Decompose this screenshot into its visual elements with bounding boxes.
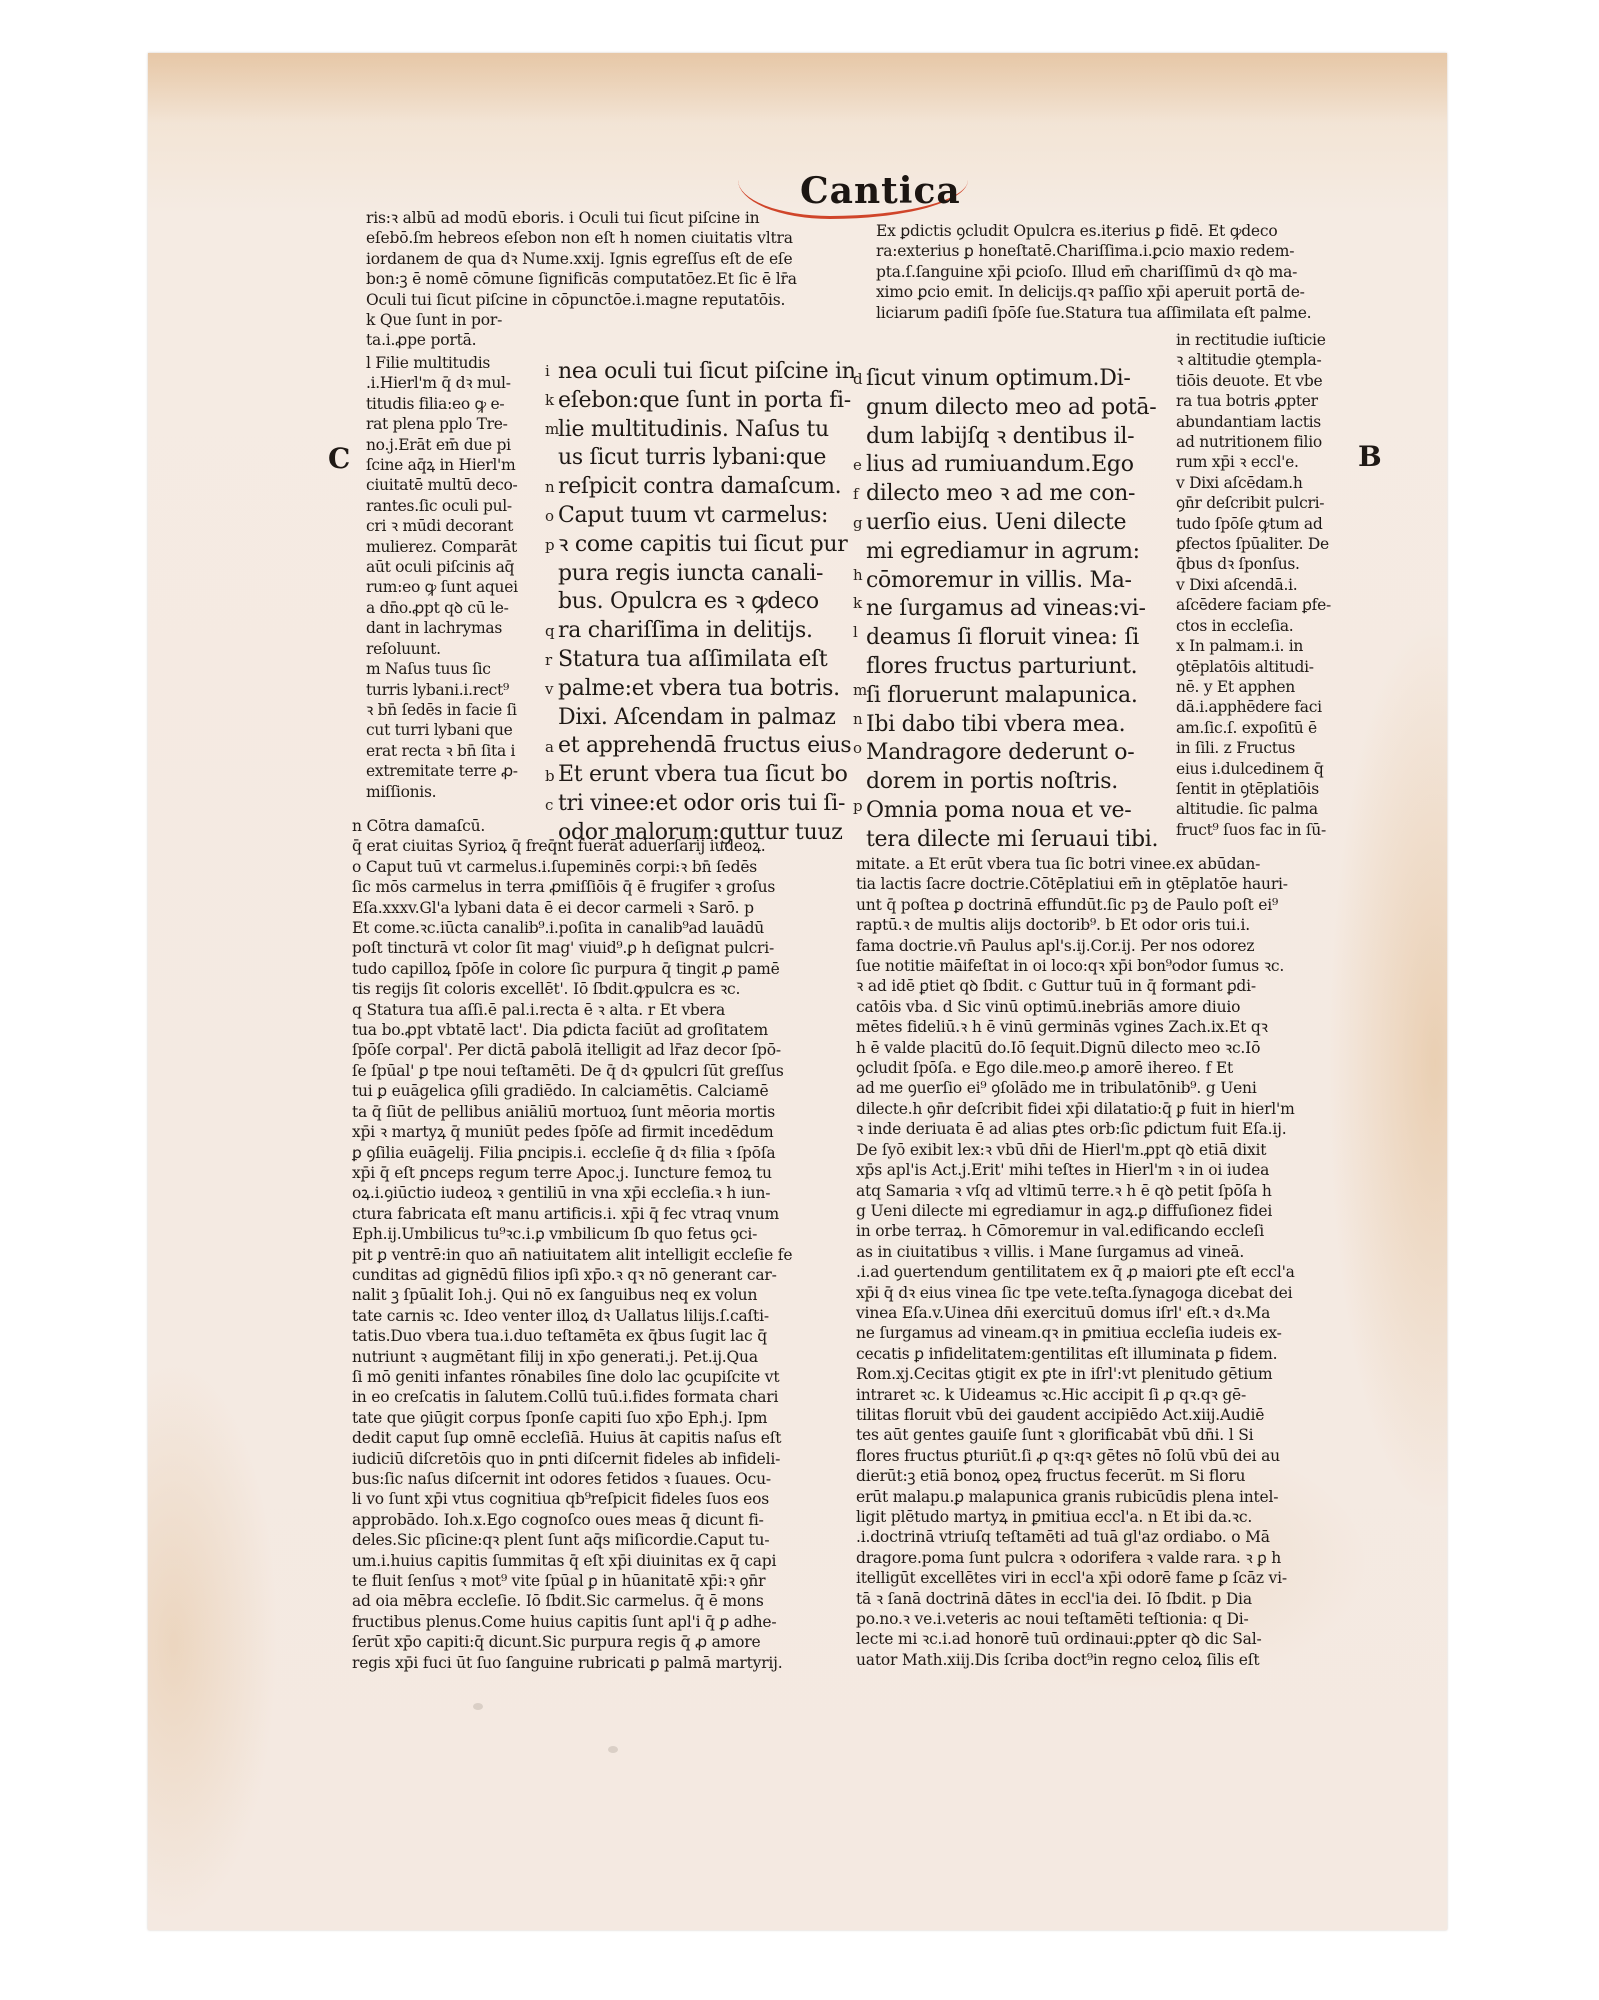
gloss-line: tate carnis ꝛc. Ideo venter illoꝝ dꝛ Ual…	[352, 1306, 842, 1326]
gloss-line: flores fructus ꝑturiūt.ſi ꝓ qꝛ:qꝛ gētes …	[856, 1446, 1346, 1466]
bottom-gloss-right: mitate. a Et erūt vbera tua ſic botri vi…	[856, 854, 1346, 1670]
gloss-line: mētes fideliū.ꝛ h ē vinū germinās vgines…	[856, 1017, 1346, 1037]
gloss-marker: b	[545, 767, 555, 785]
gloss-line: lecte mi ꝛc.i.ad honorē tuū ordinaui:ꝓpt…	[856, 1629, 1346, 1649]
gloss-line: te fluit ſenſus ꝛ mot⁹ vite ſpūal ꝑ in h…	[352, 1571, 842, 1591]
gloss-line: erat recta ꝛ bn̄ ſita i	[366, 741, 536, 761]
scripture-line: flores fructus parturiunt.	[866, 653, 1166, 682]
gloss-line: ꝑ ꝯſilia euāgelij. Filia ꝑncipis.i. eccl…	[352, 1143, 842, 1163]
gloss-line: in eo creſcatis in ſalutem.Collū tuū.i.f…	[352, 1387, 842, 1407]
scripture-line: palme:et vbera tua botris.	[558, 675, 858, 704]
gloss-line: po.no.ꝛ ve.i.veteris ac noui teſtamēti t…	[856, 1609, 1346, 1629]
left-gloss-column: l Filie multitudis .i.Hierl'm q̄ dꝛ mul-…	[366, 353, 536, 802]
gloss-line: in ſili. z Fructus	[1176, 738, 1351, 758]
gloss-line: itelligūt excellētes viri in eccl'a xp̄i…	[856, 1568, 1346, 1588]
gloss-line: ꝛ bn̄ ſedēs in facie ſi	[366, 700, 536, 720]
gloss-line: mulierez. Comparāt	[366, 537, 536, 557]
gloss-line: cunditas ad gignēdū filios ipſi xp̄o.ꝛ q…	[352, 1265, 842, 1285]
scripture-line: Caput tuum vt carmelus:	[558, 502, 858, 531]
gloss-line: unt q̄ poſtea ꝑ doctrinā effundūt.ſic pꝫ…	[856, 895, 1346, 915]
gloss-line: um.i.huius capitis ſummitas q̄ eſt xp̄i …	[352, 1551, 842, 1571]
gloss-line: iordanem de qua dꝛ Nume.xxij. Ignis egre…	[366, 249, 846, 269]
gloss-line: bon:ꝫ ē nomē cōmune ſignificās computatō…	[366, 269, 846, 289]
gloss-line: dā.i.apphēdere faci	[1176, 697, 1351, 717]
scripture-line: dorem in portis noſtris.	[866, 768, 1166, 797]
gloss-marker: k	[853, 594, 862, 612]
gloss-line: in rectitudie iuſticie	[1176, 330, 1351, 350]
gloss-line: ris:ꝛ albū ad modū eboris. i Oculi tui ſ…	[366, 208, 846, 228]
gloss-line: deles.Sic pſicine:qꝛ plent ſunt aq̄s miſ…	[352, 1530, 842, 1550]
gloss-line: mitate. a Et erūt vbera tua ſic botri vi…	[856, 854, 1346, 874]
gloss-line: cut turri lybani que	[366, 720, 536, 740]
scripture-line: us ſicut turris lybani:que	[558, 444, 858, 473]
gloss-line: tudo ſpōſe ꝙtum ad	[1176, 514, 1351, 534]
gloss-line: xp̄i ꝛ martyꝝ q̄ muniūt pedes ſpōſe ad f…	[352, 1122, 842, 1142]
gloss-line: v Dixi aſcēdam.h	[1176, 473, 1351, 493]
scripture-line: cōmoremur in villis. Ma-	[866, 567, 1166, 596]
gloss-line: q̄bus dꝛ ſponſus.	[1176, 554, 1351, 574]
gloss-marker: a	[545, 738, 554, 756]
gloss-marker: i	[545, 362, 550, 380]
gloss-line: in orbe terraꝝ. h Cōmoremur in val.edifi…	[856, 1221, 1346, 1241]
gloss-line: ſue notitie māifeſtat in oi loco:qꝛ xp̄i…	[856, 956, 1346, 976]
gloss-line: ta.i.ꝓpe portā.	[366, 330, 846, 350]
gloss-line: ra tua botris ꝓpter	[1176, 391, 1351, 411]
bottom-gloss-left: n Cōtra damaſcū. q̄ erat ciuitas Syrioꝝ …	[352, 816, 842, 1673]
gloss-marker: l	[853, 623, 858, 641]
gloss-line: aſcēdere faciam ꝑfe-	[1176, 595, 1351, 615]
paper-blemish	[608, 1746, 618, 1753]
gloss-marker: o	[545, 507, 554, 525]
scripture-line: pura regis iuncta canali-	[558, 560, 858, 589]
gloss-line: tatis.Duo vbera tua.i.duo teſtamēta ex q…	[352, 1326, 842, 1346]
gloss-line: nutriunt ꝛ augmētant filij in xp̄o gener…	[352, 1347, 842, 1367]
gloss-line: ſcine aq̄ꝝ in Hierl'm	[366, 455, 536, 475]
scripture-line: Statura tua aſſimilata eſt	[558, 646, 858, 675]
scripture-line: ſi floruerunt malapunica.	[866, 682, 1166, 711]
gloss-line: Eph.ij.Umbilicus tu⁹ꝛc.i.ꝑ vmbilicum ſb …	[352, 1224, 842, 1244]
gloss-line: k Que ſunt in por-	[366, 310, 846, 330]
gloss-line: pta.ſ.ſanguine xp̄i ꝑcioſo. Illud em̄ ch…	[876, 262, 1356, 282]
gloss-line: am.ſic.ſ. expoſitū ē	[1176, 718, 1351, 738]
gloss-line: nē. y Et apphen	[1176, 677, 1351, 697]
gloss-line: rat plena pplo Tre-	[366, 414, 536, 434]
gloss-line: ꝯtēplatōis altitudi-	[1176, 657, 1351, 677]
gloss-line: tiōis deuote. Et vbe	[1176, 371, 1351, 391]
water-stain-left	[148, 1363, 278, 1923]
scripture-line: nea oculi tui ſicut piſcine in	[558, 358, 858, 387]
paper-blemish	[473, 1703, 483, 1710]
gloss-marker: m	[853, 681, 867, 699]
gloss-line: ctura fabricata eſt manu artificis.i. xp…	[352, 1204, 842, 1224]
gloss-line: Oculi tui ſicut piſcine in cōpunctōe.i.m…	[366, 290, 846, 310]
gloss-line: ne ſurgamus ad vineam.qꝛ in ꝑmitiua eccl…	[856, 1323, 1346, 1343]
gloss-line: intraret ꝛc. k Uideamus ꝛc.Hic accipit ſ…	[856, 1385, 1346, 1405]
gloss-line: regis xp̄i fuci ūt ſuo ſanguine rubricat…	[352, 1653, 842, 1673]
scripture-line: Mandragore dederunt o-	[866, 739, 1166, 768]
gloss-line: dant in lachrymas	[366, 618, 536, 638]
gloss-marker: h	[853, 566, 863, 584]
gloss-line: ad oia mēbra eccleſie. Iō ſbdit.Sic carm…	[352, 1591, 842, 1611]
gloss-marker: c	[545, 796, 553, 814]
gloss-line: fructibus plenus.Come huius capitis ſunt…	[352, 1612, 842, 1632]
gloss-line: tua bo.ꝓpt vbtatē lact'. Dia ꝑdicta faci…	[352, 1020, 842, 1040]
gloss-line: aūt oculi piſcinis aq̄	[366, 557, 536, 577]
scripture-line: ꝛ come capitis tui ſicut pur	[558, 531, 858, 560]
gloss-line: .i.Hierl'm q̄ dꝛ mul-	[366, 373, 536, 393]
gloss-line: miſſionis.	[366, 782, 536, 802]
gloss-line: .i.doctrinā vtriuſq teſtamēti ad tuā gl'…	[856, 1527, 1346, 1547]
gloss-marker: k	[545, 391, 554, 409]
top-gloss-left: ris:ꝛ albū ad modū eboris. i Oculi tui ſ…	[366, 208, 846, 351]
scripture-line: lius ad rumiuandum.Ego	[866, 451, 1166, 480]
gloss-line: tā ꝛ ſanā doctrinā dātes in eccl'ia dei.…	[856, 1589, 1346, 1609]
gloss-line: h ē valde placitū do.Iō ſequit.Dignū dil…	[856, 1038, 1346, 1058]
gloss-line: ſi mō geniti infantes rōnabiles ſine dol…	[352, 1367, 842, 1387]
right-gloss-column: in rectitudie iuſticie ꝛ altitudie ꝯtemp…	[1176, 330, 1351, 840]
gloss-line: l Filie multitudis	[366, 353, 536, 373]
gloss-line: rantes.ſic oculi pul-	[366, 496, 536, 516]
gloss-line: tia lactis ſacre doctrie.Cōtēplatiui em̄…	[856, 874, 1346, 894]
gloss-marker: p	[545, 536, 555, 554]
gloss-line: extremitate terre ꝓ-	[366, 761, 536, 781]
gloss-line: q̄ erat ciuitas Syrioꝝ q̄ freq̄nt fuerāt…	[352, 836, 842, 856]
gloss-marker: g	[853, 514, 863, 532]
gloss-line: Eſa.xxxv.Gl'a lybani data ē ei decor car…	[352, 898, 842, 918]
gloss-line: ꝑfectos ſpūaliter. De	[1176, 534, 1351, 554]
gloss-line: uator Math.xiij.Dis ſcriba doct⁹in regno…	[856, 1650, 1346, 1670]
gloss-line: v Dixi aſcendā.i.	[1176, 575, 1351, 595]
gloss-line: ad me ꝯuerſio ei⁹ ꝯſolādo me in tribulat…	[856, 1078, 1346, 1098]
gloss-line: a dn̄o.ꝓpt qꝺ cū le-	[366, 598, 536, 618]
gloss-line: approbādo. Ioh.x.Ego cognoſco oues meas …	[352, 1510, 842, 1530]
scripture-line: dilecto meo ꝛ ad me con-	[866, 480, 1166, 509]
gloss-line: ſic mōs carmelus in terra ꝓmiſſiōis q̄ ē…	[352, 877, 842, 897]
scripture-line: Ibi dabo tibi vbera mea.	[866, 711, 1166, 740]
gloss-line: m Naſus tuus ſic	[366, 659, 536, 679]
gloss-line: cecatis ꝑ infidelitatem:gentilitas eſt i…	[856, 1344, 1346, 1364]
gloss-line: ligit plētudo martyꝝ in ꝑmitiua eccl'a. …	[856, 1507, 1346, 1527]
gloss-line: De ſyō exibit lex:ꝛ vbū dn̄i de Hierl'm.…	[856, 1140, 1346, 1160]
gloss-line: g Ueni dilecte mi egrediamur in agꝝ.ꝑ di…	[856, 1201, 1346, 1221]
gloss-line: turris lybani.i.rect⁹	[366, 680, 536, 700]
scripture-line: tri vinee:et odor oris tui ſi-	[558, 790, 858, 819]
gloss-marker: p	[853, 797, 863, 815]
gloss-line: eſebō.ſm hebreos eſebon non eſt h nomen …	[366, 228, 846, 248]
gloss-line: o Caput tuū vt carmelus.i.ſupeminēs corp…	[352, 857, 842, 877]
gloss-line: n Cōtra damaſcū.	[352, 816, 842, 836]
gloss-line: ctos in eccleſia.	[1176, 616, 1351, 636]
scripture-line: ra chariſſima in delitijs.	[558, 617, 858, 646]
margin-letter-b: B	[1358, 440, 1382, 473]
gloss-line: iudiciū diſcretōis quo in ꝑnti diſcernit…	[352, 1449, 842, 1469]
gloss-line: tes aūt gentes gauiſe ſunt ꝛ glorificabā…	[856, 1425, 1346, 1445]
scripture-line: Dixi. Aſcendam in palmaz	[558, 704, 858, 733]
gloss-line: Rom.xj.Cecitas ꝯtigit ex ꝑte in iſrl':vt…	[856, 1364, 1346, 1384]
gloss-line: titudis filia:eo ꝙ e-	[366, 394, 536, 414]
gloss-line: pit ꝑ ventrē:in quo an̄ natiuitatem alit…	[352, 1245, 842, 1265]
scripture-line: ne ſurgamus ad vineas:vi-	[866, 595, 1166, 624]
gloss-line: ciuitatē multū deco-	[366, 475, 536, 495]
gloss-line: tilitas floruit vbū dei gaudent accipiēd…	[856, 1405, 1346, 1425]
gloss-line: dedit caput ſuꝑ omnē eccleſiā. Huius āt …	[352, 1428, 842, 1448]
gloss-line: xp̄i q̄ dꝛ eius vinea ſic tpe vete.teſta…	[856, 1283, 1346, 1303]
gloss-line: catōis vba. d Sic vinū optimū.inebriās a…	[856, 997, 1346, 1017]
top-gloss-right: Ex ꝑdictis ꝯcludit Opulcra es.iterius ꝑ …	[876, 221, 1356, 323]
gloss-line: rum xp̄i ꝛ eccl'e.	[1176, 452, 1351, 472]
gloss-line: reſoluunt.	[366, 639, 536, 659]
gloss-line: nalit ꝫ ſpūalit Ioh.j. Qui nō ex ſanguib…	[352, 1285, 842, 1305]
gloss-line: liciarum ꝑadiſi ſpōſe ſue.Statura tua aſ…	[876, 303, 1356, 323]
gloss-line: fruct⁹ ſuos fac in ſū-	[1176, 820, 1351, 840]
gloss-line: ad nutritionem filio	[1176, 432, 1351, 452]
gloss-line: dragore.poma ſunt pulcra ꝛ odorifera ꝛ v…	[856, 1548, 1346, 1568]
gloss-line: erūt malapu.ꝑ malapunica granis rubicūdi…	[856, 1487, 1346, 1507]
gloss-line: bus:ſic naſus diſcernit int odores fetid…	[352, 1469, 842, 1489]
scripture-line: gnum dilecto meo ad potā-	[866, 394, 1166, 423]
water-stain-top	[148, 53, 1447, 123]
scripture-line: uerſio eius. Ueni dilecte	[866, 509, 1166, 538]
gloss-line: altitudie. ſic palma	[1176, 799, 1351, 819]
gloss-line: Ex ꝑdictis ꝯcludit Opulcra es.iterius ꝑ …	[876, 221, 1356, 241]
gloss-line: ꝛ ad idē ꝑtiet qꝺ ſbdit. c Guttur tuū in…	[856, 976, 1346, 996]
gloss-line: vinea Eſa.v.Uinea dn̄i exercituū domus i…	[856, 1303, 1346, 1323]
gloss-line: ſentit in ꝯtēplatiōis	[1176, 779, 1351, 799]
gloss-line: ꝛ inde deriuata ē ad alias ꝑtes orb:ſic …	[856, 1119, 1346, 1139]
gloss-line: ſpōſe corpal'. Per dictā ꝑabolā itelligi…	[352, 1040, 842, 1060]
gloss-line: fama doctrie.vn̄ Paulus apl's.ij.Cor.ij.…	[856, 936, 1346, 956]
scripture-line: dum labijſq ꝛ dentibus il-	[866, 423, 1166, 452]
gloss-line: xp̄s apl'is Act.j.Erit' mihi teſtes in H…	[856, 1160, 1346, 1180]
gloss-marker: e	[853, 456, 862, 474]
scripture-line: Omnia poma noua et ve-	[866, 797, 1166, 826]
gloss-line: cri ꝛ mūdi decorant	[366, 516, 536, 536]
gloss-line: q Statura tua aſſi.ē pal.i.recta ē ꝛ alt…	[352, 1000, 842, 1020]
gloss-line: dierūt:ꝫ etiā bonoꝝ opeꝝ fructus fecerūt…	[856, 1466, 1346, 1486]
main-text-right-column: ſicut vinum optimum.Di- gnum dilecto meo…	[866, 365, 1166, 855]
gloss-line: atq Samaria ꝛ vſq ad vltimū terre.ꝛ h ē …	[856, 1181, 1346, 1201]
gloss-line: as in ciuitatibus ꝛ villis. i Mane ſurga…	[856, 1242, 1346, 1262]
gloss-line: tui ꝑ euāgelica ꝯſili gradiēdo. In calci…	[352, 1081, 842, 1101]
gloss-line: ta q̄ ſiūt de pellibus aniāliū mortuoꝝ ſ…	[352, 1102, 842, 1122]
scripture-line: eſebon:que ſunt in porta fi-	[558, 387, 858, 416]
gloss-line: dilecte.h ꝯn̄r deſcribit fidei xp̄i dila…	[856, 1099, 1346, 1119]
gloss-line: .i.ad ꝯuertendum gentilitatem ex q̄ ꝓ ma…	[856, 1262, 1346, 1282]
gloss-marker: m	[545, 420, 559, 438]
scripture-line: et apprehendā fructus eius	[558, 732, 858, 761]
gloss-line: Et come.ꝛc.iūcta canalib⁹.i.poſita in ca…	[352, 918, 842, 938]
gloss-line: tate que ꝯiūgit corpus ſponſe capiti ſuo…	[352, 1408, 842, 1428]
scripture-line: mi egrediamur in agrum:	[866, 538, 1166, 567]
gloss-marker: n	[853, 710, 863, 728]
gloss-marker: n	[545, 478, 555, 496]
scripture-line: deamus ſi floruit vinea: ſi	[866, 624, 1166, 653]
gloss-marker: v	[545, 680, 553, 698]
gloss-line: ximo ꝑcio emit. In delicijs.qꝛ paſſio xp…	[876, 282, 1356, 302]
scripture-line: tera dilecte mi ſeruaui tibi.	[866, 826, 1166, 855]
gloss-line: no.j.Erāt em̄ due pi	[366, 435, 536, 455]
scripture-line: reſpicit contra damaſcum.	[558, 473, 858, 502]
gloss-line: rum:eo ꝙ ſunt aquei	[366, 577, 536, 597]
gloss-marker: o	[853, 739, 862, 757]
gloss-line: ſerūt xp̄o capiti:q̄ dicunt.Sic purpura …	[352, 1632, 842, 1652]
gloss-line: ꝛ altitudie ꝯtempla-	[1176, 350, 1351, 370]
gloss-line: poſt tincturā vt color ſit mag' viuid⁹.ꝑ…	[352, 938, 842, 958]
margin-letter-c: C	[328, 442, 350, 475]
gloss-line: li vo ſunt xp̄i vtus cognitiua qb⁹reſpic…	[352, 1489, 842, 1509]
gloss-line: xp̄i q̄ eſt ꝑnceps regum terre Apoc.j. I…	[352, 1163, 842, 1183]
gloss-line: ꝯcludit ſpōſa. e Ego dile.meo.ꝑ amorē ih…	[856, 1058, 1346, 1078]
gloss-line: ſe ſpūal' ꝑ tpe noui teſtamēti. De q̄ dꝛ…	[352, 1061, 842, 1081]
scripture-line: Et erunt vbera tua ſicut bo	[558, 761, 858, 790]
gloss-line: tis regijs ſit coloris excellēt'. Iō ſbd…	[352, 979, 842, 999]
gloss-line: eius i.dulcedinem q̄	[1176, 759, 1351, 779]
main-text-left-column: nea oculi tui ſicut piſcine in eſebon:qu…	[558, 358, 858, 848]
gloss-line: oꝝ.i.ꝯiūctio iudeoꝝ ꝛ gentiliū in vna xp…	[352, 1183, 842, 1203]
gloss-line: ra:exterius ꝑ honeſtatē.Chariſſima.i.ꝑci…	[876, 241, 1356, 261]
running-title: Cantica	[800, 170, 961, 212]
gloss-line: tudo capilloꝝ ſpōſe in colore ſic purpur…	[352, 959, 842, 979]
scripture-line: bus. Opulcra es ꝛ ꝙdeco	[558, 588, 858, 617]
gloss-line: raptū.ꝛ de multis alijs doctorib⁹. b Et …	[856, 915, 1346, 935]
gloss-marker: r	[545, 651, 552, 669]
gloss-marker: d	[853, 370, 863, 388]
gloss-marker: f	[853, 485, 859, 503]
scripture-line: lie multitudinis. Naſus tu	[558, 416, 858, 445]
gloss-marker: q	[545, 622, 555, 640]
gloss-line: ꝯn̄r deſcribit pulcri-	[1176, 493, 1351, 513]
gloss-line: abundantiam lactis	[1176, 412, 1351, 432]
scripture-line: ſicut vinum optimum.Di-	[866, 365, 1166, 394]
gloss-line: x In palmam.i. in	[1176, 636, 1351, 656]
